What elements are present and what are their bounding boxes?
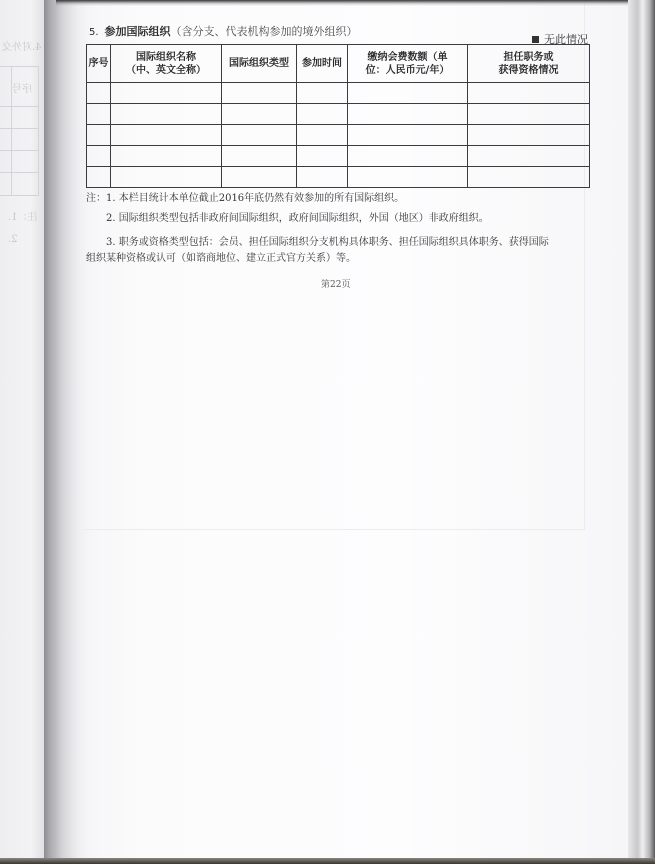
- table-cell[interactable]: [222, 167, 297, 188]
- table-cell[interactable]: [348, 104, 468, 125]
- table-row: [87, 125, 590, 146]
- table-cell[interactable]: [222, 125, 297, 146]
- section-subtitle: （含分支、代表机构参加的境外组织）: [171, 25, 358, 38]
- table-cell[interactable]: [111, 104, 222, 125]
- table-cell[interactable]: [297, 83, 348, 104]
- table-cell[interactable]: [297, 146, 348, 167]
- header-line: 序号: [87, 57, 110, 70]
- table-cell[interactable]: [468, 104, 590, 125]
- header-join-date: 参加时间: [297, 45, 348, 83]
- header-line: （中、英文全称）: [111, 64, 221, 77]
- bottom-edge: [0, 858, 655, 864]
- section-heading: 参加国际组织: [105, 25, 171, 38]
- header-line: 国际组织名称: [111, 51, 221, 64]
- header-line: 国际组织类型: [222, 57, 296, 70]
- table-cell[interactable]: [468, 83, 590, 104]
- table-cell[interactable]: [348, 167, 468, 188]
- table-header-row: 序号国际组织名称（中、英文全称）国际组织类型参加时间缴纳会费数额（单位：人民币元…: [87, 45, 590, 83]
- table-cell[interactable]: [222, 104, 297, 125]
- table-cell[interactable]: [111, 146, 222, 167]
- table-cell[interactable]: [111, 167, 222, 188]
- table-body: [87, 83, 590, 188]
- header-line: 担任职务或: [468, 51, 589, 64]
- top-edge: [56, 0, 655, 6]
- header-org-name: 国际组织名称（中、英文全称）: [111, 45, 222, 83]
- table-cell[interactable]: [297, 104, 348, 125]
- table-row: [87, 146, 590, 167]
- checked-box-icon[interactable]: [532, 36, 539, 43]
- header-line: 位：人民币元/年）: [348, 64, 467, 77]
- table-cell[interactable]: [297, 167, 348, 188]
- header-line: 缴纳会费数额（单: [348, 51, 467, 64]
- table-cell[interactable]: [87, 104, 111, 125]
- header-line: 获得资格情况: [468, 64, 589, 77]
- left-page-note-fragment-2: 2.: [8, 234, 18, 245]
- table-cell[interactable]: [222, 83, 297, 104]
- table-cell[interactable]: [87, 83, 111, 104]
- header-position: 担任职务或获得资格情况: [468, 45, 590, 83]
- left-page-header-fragment: 序号: [12, 80, 32, 95]
- table-cell[interactable]: [468, 125, 590, 146]
- header-line: 参加时间: [297, 57, 347, 70]
- left-page-section-fragment: 4.对外交: [2, 38, 42, 53]
- table-cell[interactable]: [348, 83, 468, 104]
- section-title: 5.参加国际组织（含分支、代表机构参加的境外组织）: [89, 23, 358, 39]
- left-page-note-fragment-1: 注：1.: [8, 208, 38, 223]
- table-cell[interactable]: [468, 146, 590, 167]
- table-row: [87, 83, 590, 104]
- note-1: 注：1. 本栏目统计本单位截止2016年底仍然有效参加的所有国际组织。: [86, 189, 404, 204]
- table-cell[interactable]: [87, 125, 111, 146]
- table-row: [87, 167, 590, 188]
- note-2: 2. 国际组织类型包括非政府间国际组织，政府间国际组织，外国（地区）非政府组织。: [106, 209, 489, 224]
- note-3: 3. 职务或资格类型包括：会员、担任国际组织分支机构具体职务、担任国际组织具体职…: [106, 233, 549, 248]
- table-cell[interactable]: [222, 146, 297, 167]
- note-3-continued: 组织某种资格或认可（如谘商地位、建立正式官方关系）等。: [86, 249, 356, 264]
- right-page-edge: [628, 0, 655, 864]
- header-index: 序号: [87, 45, 111, 83]
- header-org-type: 国际组织类型: [222, 45, 297, 83]
- table-cell[interactable]: [348, 125, 468, 146]
- section-number: 5.: [89, 27, 99, 38]
- table-cell[interactable]: [111, 83, 222, 104]
- table-cell[interactable]: [87, 167, 111, 188]
- table-cell[interactable]: [111, 125, 222, 146]
- international-org-table: 序号国际组织名称（中、英文全称）国际组织类型参加时间缴纳会费数额（单位：人民币元…: [86, 44, 590, 188]
- page-number: 第22页: [321, 277, 350, 290]
- table-row: [87, 104, 590, 125]
- table-cell[interactable]: [297, 125, 348, 146]
- table-cell[interactable]: [468, 167, 590, 188]
- table-cell[interactable]: [87, 146, 111, 167]
- table-cell[interactable]: [348, 146, 468, 167]
- header-fee-amount: 缴纳会费数额（单位：人民币元/年）: [348, 45, 468, 83]
